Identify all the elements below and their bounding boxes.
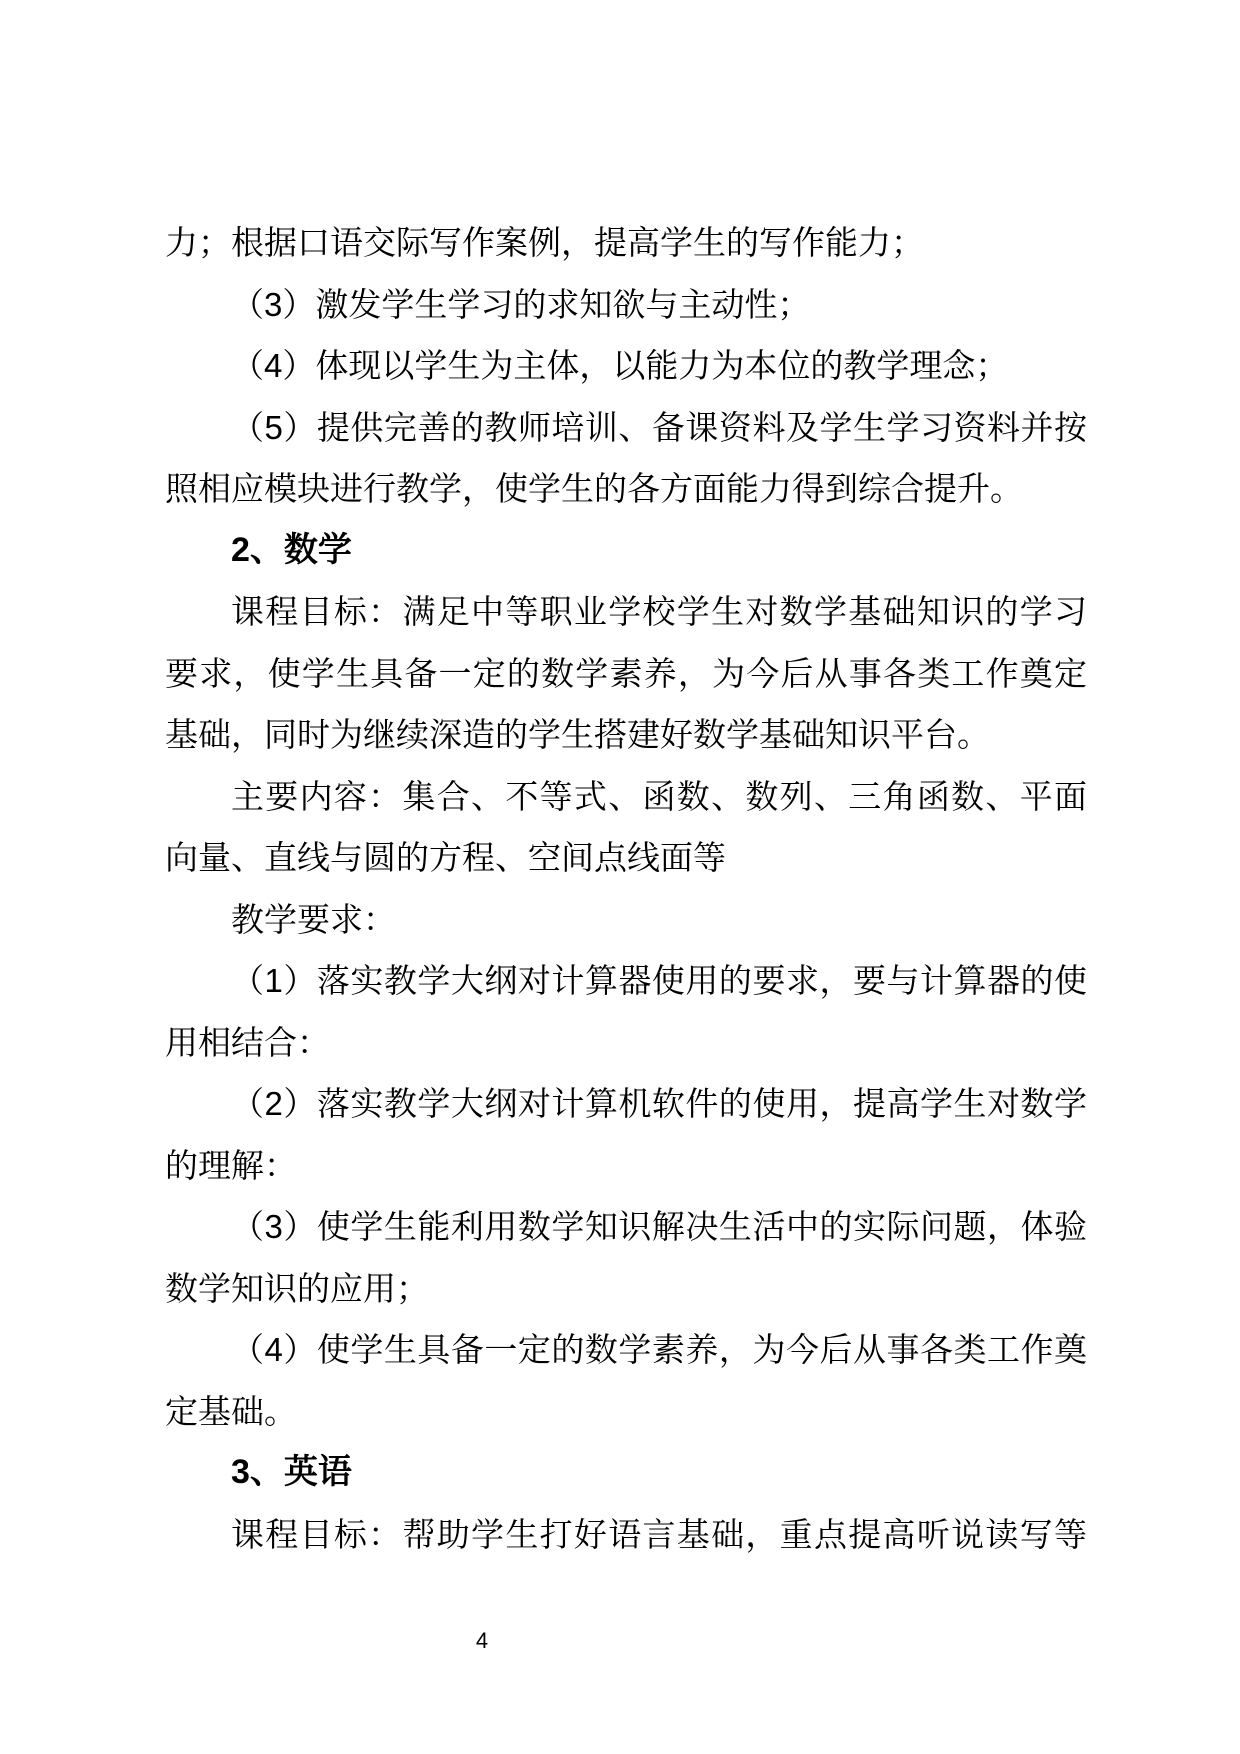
text-line: （2）落实教学大纲对计算机软件的使用，提高学生对数学 — [165, 1073, 1087, 1135]
text-line: 基础，同时为继续深造的学生搭建好数学基础知识平台。 — [165, 704, 1087, 766]
text-line: （3）使学生能利用数学知识解决生活中的实际问题，体验 — [165, 1196, 1087, 1258]
section-heading: 3、英语 — [165, 1442, 1087, 1504]
text-line: （3）激发学生学习的求知欲与主动性； — [165, 274, 1087, 336]
paragraph: 主要内容：集合、不等式、函数、数列、三角函数、平面向量、直线与圆的方程、空间点线… — [165, 766, 1087, 889]
text-line: 2、数学 — [165, 520, 1087, 582]
text-line: 照相应模块进行教学，使学生的各方面能力得到综合提升。 — [165, 458, 1087, 520]
paragraph: （4）使学生具备一定的数学素养，为今后从事各类工作奠定基础。 — [165, 1319, 1087, 1442]
paragraph: （3）使学生能利用数学知识解决生活中的实际问题，体验数学知识的应用； — [165, 1196, 1087, 1319]
text-line: 教学要求： — [165, 889, 1087, 951]
page-number: 4 — [467, 1628, 497, 1654]
paragraph: （4）体现以学生为主体，以能力为本位的教学理念； — [165, 335, 1087, 397]
text-line: 用相结合： — [165, 1012, 1087, 1074]
text-line: 课程目标：帮助学生打好语言基础，重点提高听说读写等 — [165, 1504, 1087, 1566]
paragraph: （5）提供完善的教师培训、备课资料及学生学习资料并按照相应模块进行教学，使学生的… — [165, 397, 1087, 520]
text-line: 课程目标：满足中等职业学校学生对数学基础知识的学习 — [165, 581, 1087, 643]
text-line: （5）提供完善的教师培训、备课资料及学生学习资料并按 — [165, 397, 1087, 459]
paragraph: 课程目标：帮助学生打好语言基础，重点提高听说读写等 — [165, 1504, 1087, 1566]
text-line: 力；根据口语交际写作案例，提高学生的写作能力； — [165, 212, 1087, 274]
text-line: 定基础。 — [165, 1381, 1087, 1443]
paragraph: 教学要求： — [165, 889, 1087, 951]
text-line: 要求，使学生具备一定的数学素养，为今后从事各类工作奠定 — [165, 643, 1087, 705]
text-line: （4）使学生具备一定的数学素养，为今后从事各类工作奠 — [165, 1319, 1087, 1381]
document-page: 力；根据口语交际写作案例，提高学生的写作能力；（3）激发学生学习的求知欲与主动性… — [0, 0, 1240, 1754]
text-line: 的理解： — [165, 1135, 1087, 1197]
paragraph: 课程目标：满足中等职业学校学生对数学基础知识的学习要求，使学生具备一定的数学素养… — [165, 581, 1087, 766]
paragraph: （3）激发学生学习的求知欲与主动性； — [165, 274, 1087, 336]
text-line: （4）体现以学生为主体，以能力为本位的教学理念； — [165, 335, 1087, 397]
document-body: 力；根据口语交际写作案例，提高学生的写作能力；（3）激发学生学习的求知欲与主动性… — [165, 212, 1087, 1565]
paragraph: 力；根据口语交际写作案例，提高学生的写作能力； — [165, 212, 1087, 274]
text-line: 3、英语 — [165, 1442, 1087, 1504]
text-line: 向量、直线与圆的方程、空间点线面等 — [165, 827, 1087, 889]
paragraph: （1）落实教学大纲对计算器使用的要求，要与计算器的使用相结合： — [165, 950, 1087, 1073]
section-heading: 2、数学 — [165, 520, 1087, 582]
paragraph: （2）落实教学大纲对计算机软件的使用，提高学生对数学的理解： — [165, 1073, 1087, 1196]
text-line: 主要内容：集合、不等式、函数、数列、三角函数、平面 — [165, 766, 1087, 828]
text-line: （1）落实教学大纲对计算器使用的要求，要与计算器的使 — [165, 950, 1087, 1012]
text-line: 数学知识的应用； — [165, 1258, 1087, 1320]
